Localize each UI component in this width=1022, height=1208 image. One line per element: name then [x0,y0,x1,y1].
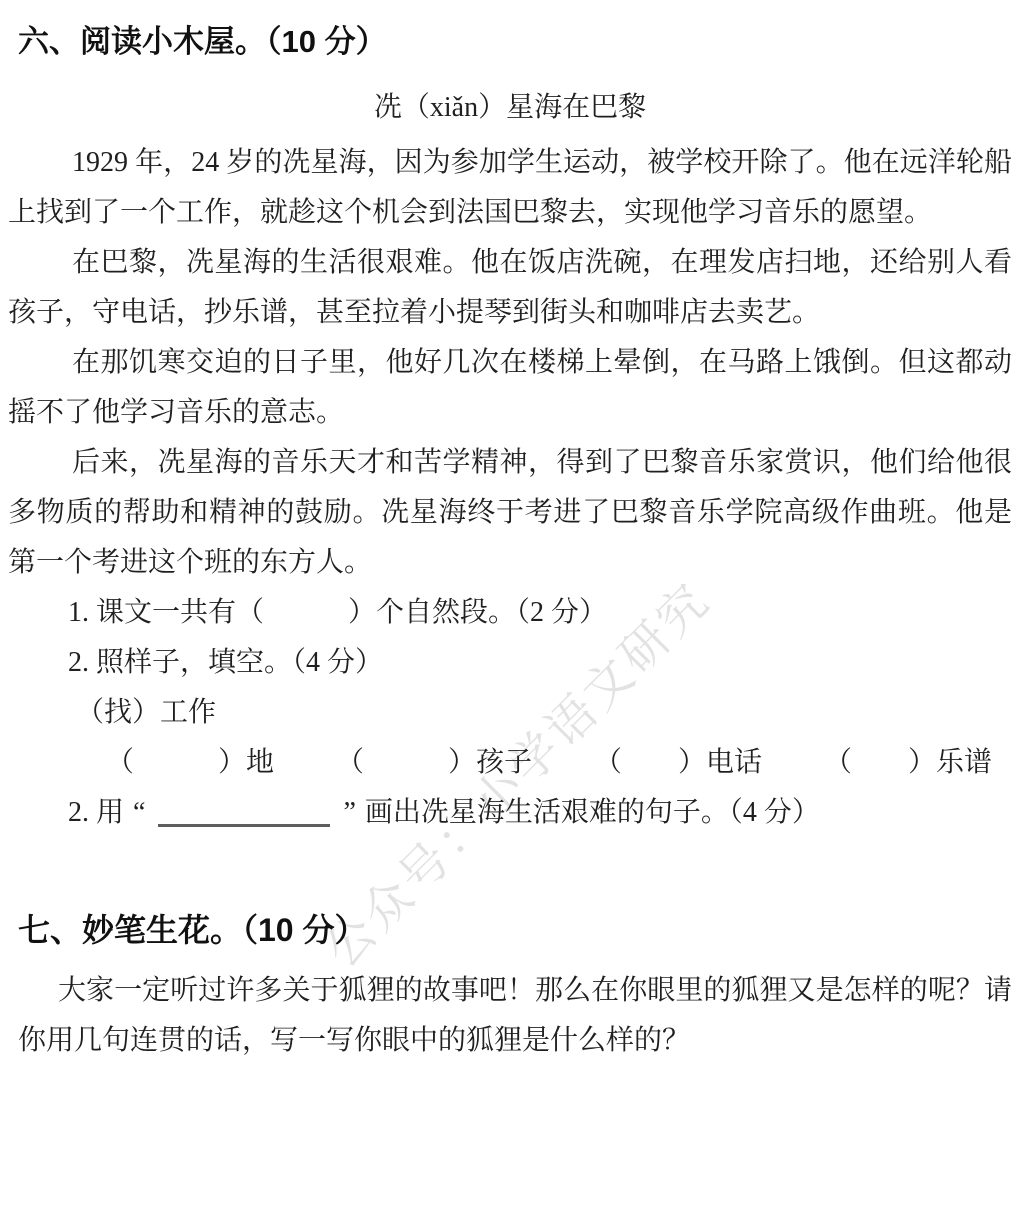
section7-heading: 七、妙笔生花。（10 分） [18,908,1012,952]
question-3: 2. 用 “ ” 画出冼星海生活艰难的句子。（4 分） [68,788,1012,838]
answer-underline [158,790,330,827]
question-2-example: （找）工作 [76,688,1012,738]
blank-item-yuepu: （ ）乐谱 [824,738,992,788]
question-2: 2. 照样子，填空。（4 分） [68,638,1012,688]
question-2-blanks-row: （ ）地 （ ）孩子 （ ）电话 （ ）乐谱 [106,738,1012,788]
passage-title: 冼（xiǎn）星海在巴黎 [8,92,1012,124]
open-quote: “ [133,797,145,828]
passage-paragraph-2: 在巴黎，冼星海的生活很艰难。他在饭店洗碗，在理发店扫地，还给别人看孩子，守电话，… [8,238,1012,338]
blank-item-dianhua: （ ）电话 [594,738,762,788]
worksheet-content: 六、阅读小木屋。（10 分） 冼（xiǎn）星海在巴黎 1929 年，24 岁的… [0,0,1022,1066]
section7-prompt: 大家一定听过许多关于狐狸的故事吧！那么在你眼里的狐狸又是怎样的呢？请你用几句连贯… [18,966,1012,1066]
question-3-suffix: 画出冼星海生活艰难的句子。（4 分） [365,797,820,828]
close-quote: ” [343,797,355,828]
worksheet-page: 公众号：小学语文研究 六、阅读小木屋。（10 分） 冼（xiǎn）星海在巴黎 1… [0,0,1022,1208]
passage-paragraph-4: 后来，冼星海的音乐天才和苦学精神，得到了巴黎音乐家赏识，他们给他很多物质的帮助和… [8,438,1012,588]
section6-heading: 六、阅读小木屋。（10 分） [18,22,1012,62]
reading-passage: 1929 年，24 岁的冼星海，因为参加学生运动，被学校开除了。他在远洋轮船上找… [8,138,1012,588]
question-1: 1. 课文一共有（ ）个自然段。（2 分） [68,588,1012,638]
passage-paragraph-1: 1929 年，24 岁的冼星海，因为参加学生运动，被学校开除了。他在远洋轮船上找… [8,138,1012,238]
blank-item-di: （ ）地 [106,738,274,788]
question-3-prefix: 2. 用 [68,797,124,828]
blank-item-haizi: （ ）孩子 [336,738,532,788]
passage-paragraph-3: 在那饥寒交迫的日子里，他好几次在楼梯上晕倒，在马路上饿倒。但这都动摇不了他学习音… [8,338,1012,438]
